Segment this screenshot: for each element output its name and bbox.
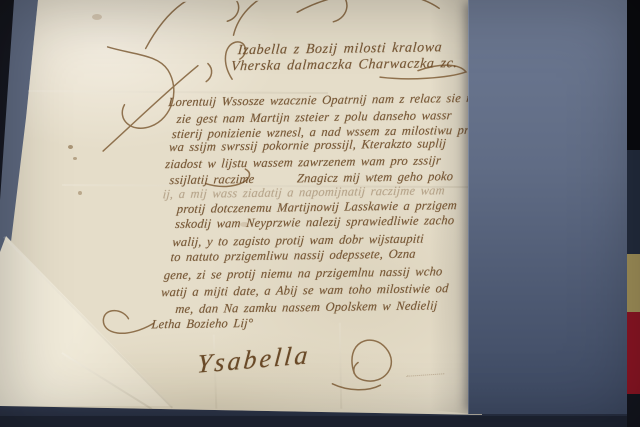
address-line-2: Vherska dalmaczka Charwaczka zc. <box>230 56 458 75</box>
manuscript-line: gene, zi se protij niemu na przigemlnu n… <box>163 264 443 283</box>
background-object-dark <box>627 0 640 150</box>
manuscript-photo: Izabella z Bozij milosti kralowa Vherska… <box>0 0 640 427</box>
signature-paraph-icon <box>352 340 392 382</box>
letha-flourish-icon <box>103 310 153 333</box>
signature-paraph-icon <box>332 383 380 390</box>
manuscript-line: Lorentuij Wssosze wzacznie Opatrnij nam … <box>168 90 514 110</box>
top-flourish-icon <box>297 0 439 12</box>
manuscript-line: to natuto przigemliwu nassij odepssete, … <box>170 247 416 265</box>
margin-swash-icon <box>108 46 175 129</box>
margin-swash-icon <box>206 64 212 82</box>
manuscript-line: wa ssijm swrssij pokornie prossijl, Kter… <box>169 136 447 155</box>
background-object-tan <box>627 254 640 312</box>
mat-board-right <box>468 0 629 414</box>
background-object-blue <box>627 150 640 254</box>
manuscript-line: me, dan Na zamku nassem Opolskem w Nedie… <box>175 298 438 317</box>
top-flourish-icon <box>233 0 348 35</box>
manuscript-line: sskodij wam Neyprzwie nalezij sprawiedli… <box>175 213 455 232</box>
top-flourish-icon <box>145 0 239 48</box>
background-object-red <box>627 312 640 394</box>
background-object-shadow <box>627 394 640 427</box>
manuscript-line: watij a mijti date, a Abij se wam toho m… <box>161 281 450 300</box>
faint-annotation-mark <box>406 373 444 377</box>
signature-ysabella: Ysabella <box>196 340 312 380</box>
manuscript-line: Letha Bozieho Lij° <box>151 316 254 332</box>
